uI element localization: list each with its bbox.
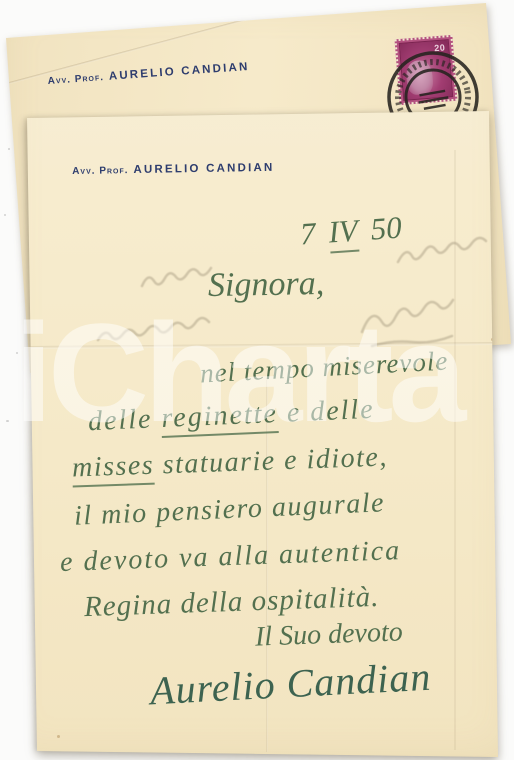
body-line-2-text: e delle [277,394,375,429]
body-line-2-underlined: reginette [161,398,279,438]
age-spot [498,323,502,327]
date-line: 7IV50 [299,209,403,252]
body-line-3-underlined: misses [72,450,155,488]
date-year: 50 [369,209,402,246]
date-day: 7 [299,216,317,252]
age-spot [57,735,60,738]
body-line-2-text: delle [87,403,162,437]
age-spot [494,306,499,310]
age-spot [491,338,494,341]
letter-paper: Avv. Prof.AURELIO CANDIAN 7IV50 Signora,… [0,0,514,760]
date-month: IV [327,213,359,254]
closing-line: Il Suo devoto [254,616,403,653]
letter-page: Avv. Prof.AURELIO CANDIAN 7IV50 Signora,… [0,0,514,760]
salutation: Signora, [208,265,325,305]
photo-scene: Avv. Prof.AURELIO CANDIAN 20 [0,0,514,760]
